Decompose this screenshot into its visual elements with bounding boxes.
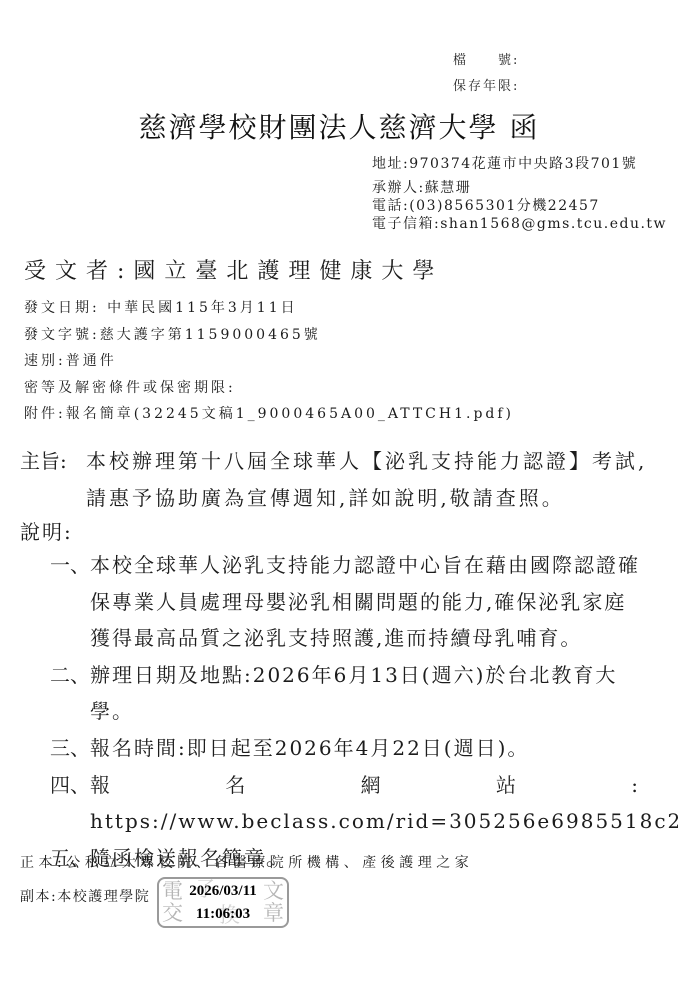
item-text: 報 名 網 站 : https://www.beclass.com/rid=30… [90, 767, 678, 840]
subject-block: 主旨: 本校辦理第十八屆全球華人【泌乳支持能力認證】考試, 請惠予協助廣為宣傳週… [20, 443, 647, 516]
item-text-line: 辦理日期及地點:2026年6月13日(週六)於台北教育大學。 [90, 657, 650, 730]
registration-url: https://www.beclass.com/rid=305256e69855… [90, 803, 678, 840]
item-text-line: 報名時間:即日起至2026年4月22日(週日)。 [90, 730, 650, 767]
corner-labels: 檔 號: 保存年限: [453, 48, 519, 100]
footer-copy-line: 副本:本校護理學院 [20, 886, 150, 906]
page-title: 慈濟學校財團法人慈濟大學 函 [0, 106, 678, 146]
list-item-4: 四、 報 名 網 站 : https://www.beclass.com/rid… [50, 767, 650, 840]
meta-speed: 速別:普通件 [24, 348, 514, 375]
sender-email: 電子信箱:shan1568@gms.tcu.edu.tw [372, 215, 667, 233]
file-number-label: 檔 號: [453, 48, 519, 74]
recipient-line: 受文者:國立臺北護理健康大學 [24, 254, 443, 285]
subject-text: 本校辦理第十八屆全球華人【泌乳支持能力認證】考試, 請惠予協助廣為宣傳週知,詳如… [86, 443, 647, 516]
subject-line: 本校辦理第十八屆全球華人【泌乳支持能力認證】考試, [86, 443, 647, 480]
list-item-3: 三、 報名時間:即日起至2026年4月22日(週日)。 [50, 730, 650, 767]
meta-security: 密等及解密條件或保密期限: [24, 375, 514, 402]
sender-phone: 電話:(03)8565301分機22457 [372, 197, 667, 215]
official-letter-page: 檔 號: 保存年限: 慈濟學校財團法人慈濟大學 函 地址:970374花蓮市中央… [0, 0, 678, 989]
explanation-list: 一、 本校全球華人泌乳支持能力認證中心旨在藉由國際認證確 保專業人員處理母嬰泌乳… [50, 547, 650, 876]
item-text: 辦理日期及地點:2026年6月13日(週六)於台北教育大學。 [90, 657, 650, 730]
subject-label: 主旨: [20, 443, 86, 516]
item-text: 本校全球華人泌乳支持能力認證中心旨在藉由國際認證確 保專業人員處理母嬰泌乳相關問… [90, 547, 650, 657]
list-item-2: 二、 辦理日期及地點:2026年6月13日(週六)於台北教育大學。 [50, 657, 650, 730]
item-number: 一、 [50, 547, 90, 657]
stamp-datetime: 2026/03/11 11:06:03 [159, 880, 287, 925]
justified-char: 報 [90, 767, 110, 804]
subject-line: 請惠予協助廣為宣傳週知,詳如說明,敬請查照。 [86, 480, 647, 517]
item-text-line: 保專業人員處理母嬰泌乳相關問題的能力,確保泌乳家庭 [90, 584, 650, 621]
item-text: 報名時間:即日起至2026年4月22日(週日)。 [90, 730, 650, 767]
sender-contact: 承辦人:蘇慧珊 [372, 179, 667, 197]
sender-address: 地址:970374花蓮市中央路3段701號 [372, 155, 667, 173]
meta-attachment: 附件:報名簡章(32245文稿1_9000465A00_ATTCH1.pdf) [24, 401, 514, 428]
retention-label: 保存年限: [453, 74, 519, 100]
item-text-line: 獲得最高品質之泌乳支持照護,進而持續母乳哺育。 [90, 620, 650, 657]
sender-info-block: 地址:970374花蓮市中央路3段701號 承辦人:蘇慧珊 電話:(03)856… [372, 155, 667, 233]
explanation-label: 說明: [20, 516, 73, 545]
justified-char: 名 [225, 767, 245, 804]
meta-block: 發文日期: 中華民國115年3月11日 發文字號:慈大護字第1159000465… [24, 295, 514, 428]
meta-doc-number: 發文字號:慈大護字第1159000465號 [24, 322, 514, 349]
justified-char: : [631, 767, 638, 804]
item-text-line: 本校全球華人泌乳支持能力認證中心旨在藉由國際認證確 [90, 547, 650, 584]
meta-issue-date: 發文日期: 中華民國115年3月11日 [24, 295, 514, 322]
list-item-1: 一、 本校全球華人泌乳支持能力認證中心旨在藉由國際認證確 保專業人員處理母嬰泌乳… [50, 547, 650, 657]
stamp-time: 11:06:03 [159, 903, 287, 926]
stamp-date: 2026/03/11 [159, 880, 287, 903]
e-exchange-stamp: 電 子 文 交 換 章 2026/03/11 11:06:03 [157, 877, 289, 928]
item-number: 二、 [50, 657, 90, 730]
justified-char: 站 [496, 767, 516, 804]
justified-char: 網 [361, 767, 381, 804]
item-number: 四、 [50, 767, 90, 840]
item-justified-line: 報 名 網 站 : [90, 767, 638, 804]
item-number: 三、 [50, 730, 90, 767]
footer-original-line: 正本:公私立大專校院、各醫療院所機構、產後護理之家 [20, 852, 473, 872]
